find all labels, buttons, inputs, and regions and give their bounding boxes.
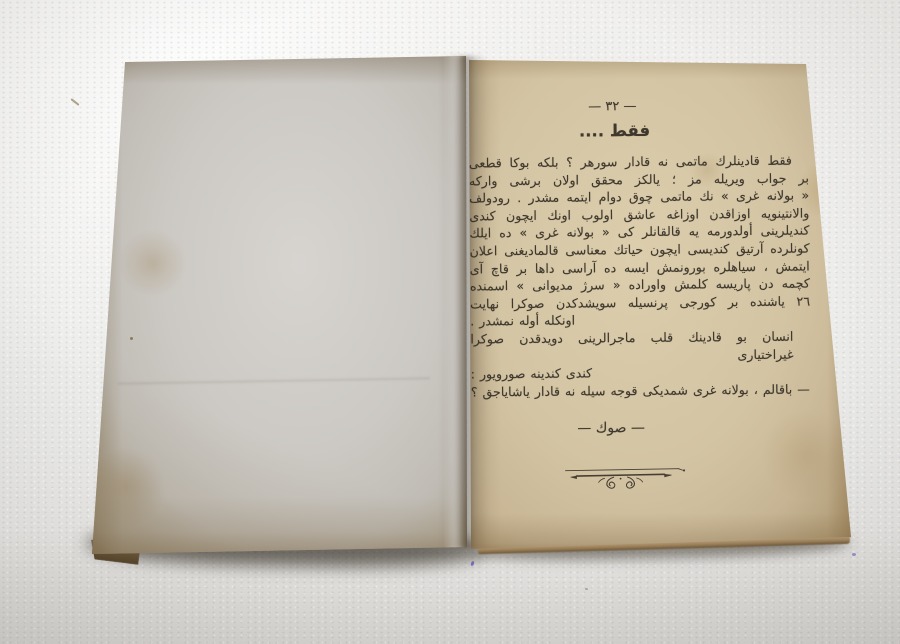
body-line: انسان بو قادينك قلب ماجرالرينى دويدقدن ص… <box>470 327 810 365</box>
dust-fiber <box>70 98 79 106</box>
page-curl-highlight <box>443 50 469 558</box>
page-content: — ٣٢ — فقط .... فقط قادينلرك ماتمى نه قا… <box>468 98 811 495</box>
ink-speck <box>852 553 856 556</box>
body-text: فقط قادينلرك ماتمى نه قادار سورهر ؟ بلكه… <box>469 152 811 401</box>
body-line: ٢٦ ياشنده بر كورجى پرنسيله سويشدكدن صوكر… <box>470 292 810 313</box>
chapter-title: فقط .... <box>444 120 784 142</box>
right-page-printed: — ٣٢ — فقط .... فقط قادينلرك ماتمى نه قا… <box>455 55 855 555</box>
page-number: — ٣٢ — <box>442 98 782 116</box>
body-line: — باقالم ، بولانه غرى شمديكى قوجه سيله ن… <box>471 380 811 401</box>
ink-speck <box>470 561 475 567</box>
dust-speck <box>585 588 588 590</box>
dust-speck <box>130 337 133 340</box>
photo-of-open-book: — ٣٢ — فقط .... فقط قادينلرك ماتمى نه قا… <box>0 0 900 644</box>
left-page-blank <box>88 50 470 558</box>
end-flourish-ornament <box>560 463 688 494</box>
page-crease <box>118 377 430 384</box>
end-word: — صوك — <box>441 419 781 438</box>
